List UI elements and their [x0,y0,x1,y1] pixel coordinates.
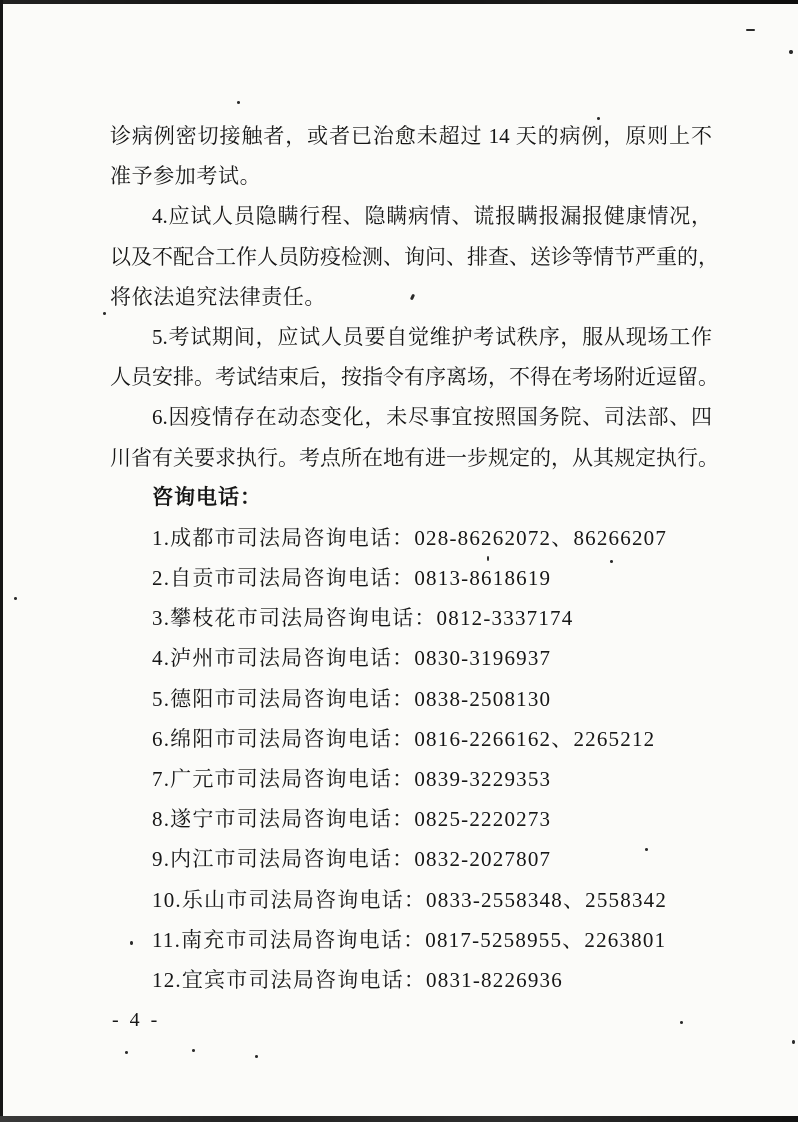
page-number: - 4 - [112,1007,160,1033]
scan-speck [192,1049,195,1052]
document-page: 诊病例密切接触者，或者已治愈未超过 14 天的病例，原则上不准予参加考试。4.应… [0,0,798,1122]
scan-border-left [0,0,3,1122]
text-line: 川省有关要求执行。考点所在地有进一步规定的，从其规定执行。 [110,438,712,478]
scan-speck [14,597,17,600]
text-line: 4.泸州市司法局咨询电话：0830-3196937 [110,638,712,678]
text-line: 12.宜宾市司法局咨询电话：0831-8226936 [110,960,712,1000]
text-line: 8.遂宁市司法局咨询电话：0825-2220273 [110,799,712,839]
text-line: 1.成都市司法局咨询电话：028-86262072、86266207 [110,518,712,558]
scan-speck [680,1021,683,1024]
scan-speck [237,101,240,104]
text-line: 10.乐山市司法局咨询电话：0833-2558348、2558342 [110,880,712,920]
scan-speck [103,312,106,315]
document-body: 诊病例密切接触者，或者已治愈未超过 14 天的病例，原则上不准予参加考试。4.应… [110,116,712,1000]
text-line: 人员安排。考试结束后，按指令有序离场，不得在考场附近逗留。 [110,357,712,397]
text-line: 5.考试期间，应试人员要自觉维护考试秩序，服从现场工作 [110,317,712,357]
scan-speck [255,1055,258,1058]
text-line: 6.因疫情存在动态变化，未尽事宜按照国务院、司法部、四 [110,397,712,437]
scan-speck [610,560,613,563]
text-line: 2.自贡市司法局咨询电话：0813-8618619 [110,558,712,598]
text-line: 5.德阳市司法局咨询电话：0838-2508130 [110,679,712,719]
text-line: 4.应试人员隐瞒行程、隐瞒病情、谎报瞒报漏报健康情况， [110,196,712,236]
text-line: 诊病例密切接触者，或者已治愈未超过 14 天的病例，原则上不 [110,116,712,156]
scan-speck [789,50,793,54]
text-line: 7.广元市司法局咨询电话：0839-3229353 [110,759,712,799]
text-line: 6.绵阳市司法局咨询电话：0816-2266162、2265212 [110,719,712,759]
text-line: 9.内江市司法局咨询电话：0832-2027807 [110,839,712,879]
scan-border-top [0,0,798,4]
scan-border-bottom [0,1116,798,1122]
scan-speck [597,117,600,120]
text-line: 以及不配合工作人员防疫检测、询问、排查、送诊等情节严重的， [110,237,712,277]
scan-speck [130,941,133,945]
text-line: 11.南充市司法局咨询电话：0817-5258955、2263801 [110,920,712,960]
scan-speck [645,848,648,851]
scan-speck [125,1051,128,1054]
scan-speck [746,29,755,31]
scan-speck [792,1040,795,1044]
text-line: 准予参加考试。 [110,156,712,196]
scan-speck [487,556,489,561]
text-line: 咨询电话： [110,478,712,518]
text-line: 3.攀枝花市司法局咨询电话：0812-3337174 [110,598,712,638]
